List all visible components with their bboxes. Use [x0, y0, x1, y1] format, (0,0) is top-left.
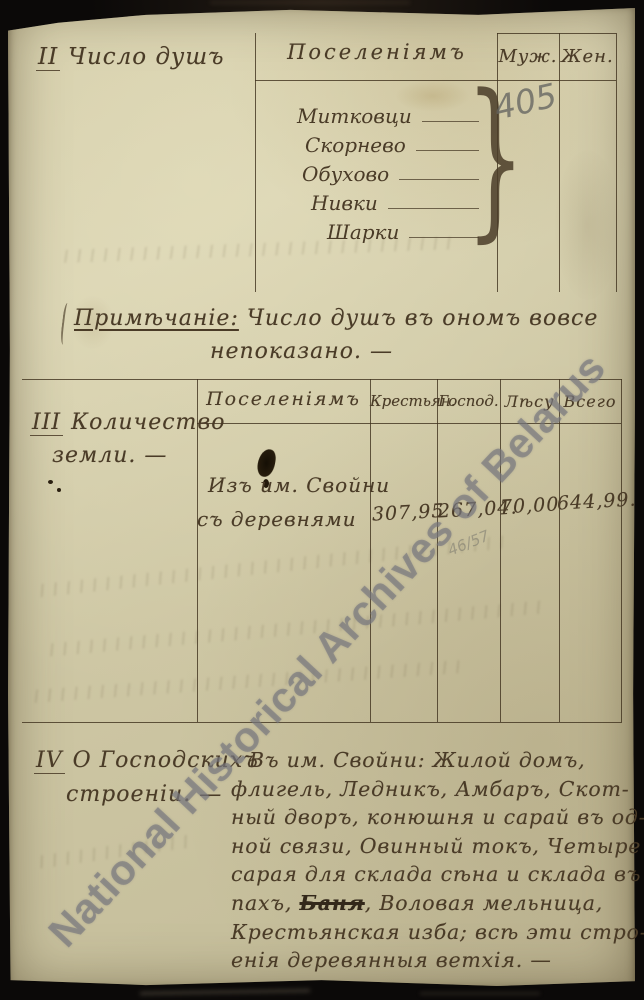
section3-title-line2: земли. —	[52, 443, 167, 468]
settlement-list: Митковци Скорнево Обухово Нивки Шарки	[297, 99, 483, 244]
section4-text-line: Крестьянская изба; всѣ эти стро-	[231, 918, 635, 947]
section2-title: Число душъ	[68, 44, 224, 70]
value-forest-land: 70,00	[499, 494, 557, 519]
section4-text-line-struck: пахъ, Баня, Воловая мельница,	[231, 889, 635, 918]
section4-heading: IVО Господскихъ	[34, 748, 259, 773]
table3-border	[621, 379, 622, 722]
table3-row-name-line2: съ деревнями	[197, 507, 357, 531]
value-manor-land: 267,04.	[437, 497, 498, 522]
settlement-row: Митковци	[297, 99, 483, 128]
ink-speck	[48, 480, 53, 484]
settlement-name: Обухово	[302, 162, 389, 186]
section4-text-line: ный дворъ, конюшня и сарай въ од-	[231, 803, 635, 832]
table3-border	[500, 379, 501, 722]
value-peasant-land: 307,95	[371, 500, 435, 525]
section2-heading: IIЧисло душъ	[36, 44, 224, 70]
document-photo: IIЧисло душъ Поселенiямъ Муж. Жен. Митко…	[0, 0, 644, 1000]
table2-border	[497, 33, 616, 34]
settlement-name: Шарки	[327, 220, 399, 244]
ink-speck	[57, 488, 61, 492]
section3-title-line1: Количество	[71, 410, 225, 435]
section4-text-line: Въ им. Свойни: Жилой домъ,	[231, 746, 635, 775]
note-line1: Примѣчанiе: Число душъ въ ономъ вовсе	[74, 306, 598, 331]
table2-header-settlements: Поселенiямъ	[258, 40, 496, 64]
struck-word: Баня	[299, 891, 364, 915]
photo-glare	[140, 989, 310, 996]
note-line2: непоказано. —	[210, 339, 393, 364]
table3-border	[437, 379, 438, 722]
table3-header-settlements: Поселенiямъ	[197, 388, 370, 410]
settlement-name: Скорнево	[305, 133, 406, 157]
table2-border	[255, 33, 256, 292]
settlement-row: Шарки	[297, 215, 483, 244]
table3-border	[22, 722, 622, 723]
section4-text-line: ной связи, Овинный токъ, Четыре	[231, 832, 635, 861]
settlement-row: Нивки	[297, 186, 483, 215]
section4-text-block: Въ им. Свойни: Жилой домъ, флигель, Ледн…	[231, 746, 635, 975]
section4-text-line: флигель, Ледникъ, Амбаръ, Скот-	[231, 775, 635, 804]
settlement-row: Обухово	[297, 157, 483, 186]
struck-line-pre: пахъ,	[231, 891, 299, 915]
table3-border	[559, 379, 560, 722]
photo-glare	[210, 1, 410, 4]
struck-line-post: , Воловая мельница,	[365, 891, 603, 915]
section3-heading: IIIКоличество	[30, 410, 225, 435]
value-total-land: 644,99.	[556, 489, 619, 514]
table3-border	[197, 423, 621, 424]
paper-stain	[555, 150, 620, 300]
settlement-name: Митковци	[297, 104, 412, 128]
section3-number: III	[30, 410, 63, 436]
table3-border	[370, 379, 371, 722]
note-text: Число душъ въ ономъ вовсе	[247, 306, 598, 331]
table3-header-peasant: Крестьян.	[370, 392, 437, 410]
table3-header-manor: Господ.	[437, 392, 500, 410]
table2-header-female: Жен.	[559, 46, 616, 67]
settlement-row: Скорнево	[297, 128, 483, 157]
table3-row-name-line1: Изъ им. Свойни	[208, 473, 390, 497]
table2-border	[255, 80, 616, 81]
settlement-name: Нивки	[311, 191, 378, 215]
table3-header-forest: Лѣсу	[500, 392, 559, 411]
table2-border	[616, 33, 617, 292]
section4-title-line2: строенiи. —	[66, 782, 222, 807]
photo-glare	[420, 992, 540, 995]
table3-border	[22, 379, 622, 380]
section4-text-line: сарая для склада сѣна и склада въ сно-	[231, 860, 635, 889]
section4-number: IV	[34, 748, 65, 774]
section4-text-line: енiя деревянныя ветхiя. —	[231, 946, 635, 975]
note-label: Примѣчанiе:	[74, 306, 239, 331]
table2-border	[559, 33, 560, 292]
section2-number: II	[36, 44, 60, 71]
table3-header-total: Всего	[559, 392, 621, 411]
